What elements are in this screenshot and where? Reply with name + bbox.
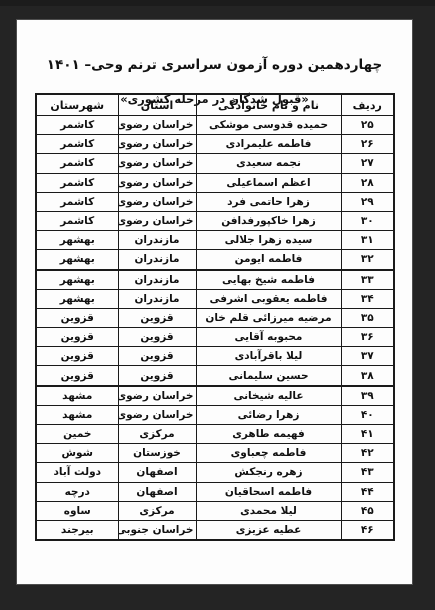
cell-radif: ۲۷ [341, 154, 394, 173]
cell-province: خراسان رضوی [118, 116, 196, 135]
cell-county: بهشهر [36, 270, 118, 290]
cell-radif: ۳۳ [341, 270, 394, 290]
cell-province: خراسان رضوی [118, 135, 196, 154]
table-row: ۳۲فاطمه ایومنمازندرانبهشهر [36, 250, 394, 270]
cell-province: مازندران [118, 250, 196, 270]
cell-name: زهرا رضائی [196, 405, 341, 424]
cell-name: فاطمه شیخ بهایی [196, 270, 341, 290]
cell-name: فاطمه علیمرادی [196, 135, 341, 154]
table-header-row: ردیف نام و نام خانوادگی استان شهرستان [36, 94, 394, 116]
table-row: ۲۵حمیده قدوسی موشکیخراسان رضویکاشمر [36, 116, 394, 135]
cell-county: بهشهر [36, 289, 118, 308]
column-header-county: شهرستان [36, 94, 118, 116]
document-page: چهاردهمین دوره آزمون سراسری ترنم وحی– ۱۴… [17, 20, 412, 584]
cell-radif: ۲۹ [341, 192, 394, 211]
cell-radif: ۳۶ [341, 328, 394, 347]
cell-radif: ۳۰ [341, 211, 394, 230]
cell-province: خراسان جنوبی [118, 520, 196, 540]
cell-name: محبوبه آقایی [196, 328, 341, 347]
table-row: ۴۰زهرا رضائیخراسان رضویمشهد [36, 405, 394, 424]
cell-county: کاشمر [36, 135, 118, 154]
cell-county: بهشهر [36, 250, 118, 270]
cell-radif: ۴۴ [341, 482, 394, 501]
cell-county: ساوه [36, 501, 118, 520]
table-row: ۳۳فاطمه شیخ بهاییمازندرانبهشهر [36, 270, 394, 290]
cell-radif: ۴۲ [341, 444, 394, 463]
document-title: چهاردهمین دوره آزمون سراسری ترنم وحی– ۱۴… [17, 57, 412, 73]
table-row: ۲۸اعظم اسماعیلیخراسان رضویکاشمر [36, 173, 394, 192]
cell-county: کاشمر [36, 211, 118, 230]
cell-province: مازندران [118, 289, 196, 308]
cell-province: مازندران [118, 270, 196, 290]
cell-county: قزوین [36, 328, 118, 347]
cell-county: قزوین [36, 347, 118, 366]
cell-name: لیلا باقرآبادی [196, 347, 341, 366]
cell-county: شوش [36, 444, 118, 463]
cell-radif: ۴۳ [341, 463, 394, 482]
column-header-name: نام و نام خانوادگی [196, 94, 341, 116]
cell-province: قزوین [118, 308, 196, 327]
cell-county: کاشمر [36, 154, 118, 173]
cell-name: فاطمه اسحاقیان [196, 482, 341, 501]
cell-county: بیرجند [36, 520, 118, 540]
cell-radif: ۴۱ [341, 425, 394, 444]
table-row: ۴۴فاطمه اسحاقیاناصفهاندرچه [36, 482, 394, 501]
cell-province: قزوین [118, 328, 196, 347]
table-row: ۲۶فاطمه علیمرادیخراسان رضویکاشمر [36, 135, 394, 154]
cell-radif: ۳۹ [341, 386, 394, 406]
cell-name: اعظم اسماعیلی [196, 173, 341, 192]
table-row: ۴۵لیلا محمدیمرکزیساوه [36, 501, 394, 520]
column-header-radif: ردیف [341, 94, 394, 116]
cell-county: قزوین [36, 366, 118, 386]
screenshot-background: چهاردهمین دوره آزمون سراسری ترنم وحی– ۱۴… [0, 0, 435, 610]
cell-province: خراسان رضوی [118, 154, 196, 173]
cell-province: خراسان رضوی [118, 173, 196, 192]
table-row: ۳۷لیلا باقرآبادیقزوینقزوین [36, 347, 394, 366]
column-header-province: استان [118, 94, 196, 116]
cell-radif: ۴۵ [341, 501, 394, 520]
cell-county: دولت آباد [36, 463, 118, 482]
table-row: ۳۶محبوبه آقاییقزوینقزوین [36, 328, 394, 347]
cell-county: بهشهر [36, 231, 118, 250]
cell-name: حسین سلیمانی [196, 366, 341, 386]
table-row: ۴۱فهیمه طاهریمرکزیخمین [36, 425, 394, 444]
table-row: ۳۴فاطمه یعقوبی اشرفیمازندرانبهشهر [36, 289, 394, 308]
cell-province: خراسان رضوی [118, 386, 196, 406]
cell-province: قزوین [118, 347, 196, 366]
cell-county: مشهد [36, 405, 118, 424]
cell-name: مرضیه میرزائی قلم خان [196, 308, 341, 327]
cell-radif: ۳۷ [341, 347, 394, 366]
table-row: ۳۱سیده زهرا جلالیمازندرانبهشهر [36, 231, 394, 250]
table-row: ۳۵مرضیه میرزائی قلم خانقزوینقزوین [36, 308, 394, 327]
cell-province: مازندران [118, 231, 196, 250]
cell-province: اصفهان [118, 463, 196, 482]
cell-name: فاطمه چعباوی [196, 444, 341, 463]
cell-county: خمین [36, 425, 118, 444]
cell-name: فهیمه طاهری [196, 425, 341, 444]
table-row: ۴۶عطیه عزیزیخراسان جنوبیبیرجند [36, 520, 394, 540]
table-row: ۴۳زهره رنجکشاصفهاندولت آباد [36, 463, 394, 482]
cell-province: خراسان رضوی [118, 211, 196, 230]
cell-radif: ۳۸ [341, 366, 394, 386]
cell-province: مرکزی [118, 501, 196, 520]
table-row: ۳۰زهرا خاکپورفدافنخراسان رضویکاشمر [36, 211, 394, 230]
cell-county: کاشمر [36, 116, 118, 135]
cell-name: سیده زهرا جلالی [196, 231, 341, 250]
cell-province: مرکزی [118, 425, 196, 444]
table-row: ۳۹عالیه شیخانیخراسان رضویمشهد [36, 386, 394, 406]
cell-county: مشهد [36, 386, 118, 406]
cell-county: کاشمر [36, 173, 118, 192]
cell-radif: ۳۵ [341, 308, 394, 327]
results-table: ردیف نام و نام خانوادگی استان شهرستان ۲۵… [35, 93, 395, 541]
cell-county: کاشمر [36, 192, 118, 211]
cell-radif: ۳۴ [341, 289, 394, 308]
cell-name: زهره رنجکش [196, 463, 341, 482]
table-row: ۲۹زهرا حاتمی فردخراسان رضویکاشمر [36, 192, 394, 211]
table-body: ۲۵حمیده قدوسی موشکیخراسان رضویکاشمر۲۶فاط… [36, 116, 394, 541]
cell-county: قزوین [36, 308, 118, 327]
cell-name: فاطمه ایومن [196, 250, 341, 270]
cell-name: زهرا خاکپورفدافن [196, 211, 341, 230]
cell-province: قزوین [118, 366, 196, 386]
cell-name: عطیه عزیزی [196, 520, 341, 540]
table-row: ۲۷نجمه سعیدیخراسان رضویکاشمر [36, 154, 394, 173]
cell-name: لیلا محمدی [196, 501, 341, 520]
cell-name: فاطمه یعقوبی اشرفی [196, 289, 341, 308]
cell-radif: ۴۶ [341, 520, 394, 540]
cell-name: نجمه سعیدی [196, 154, 341, 173]
cell-county: درچه [36, 482, 118, 501]
cell-province: خوزستان [118, 444, 196, 463]
cell-radif: ۴۰ [341, 405, 394, 424]
cell-radif: ۳۲ [341, 250, 394, 270]
table-row: ۳۸حسین سلیمانیقزوینقزوین [36, 366, 394, 386]
cell-province: خراسان رضوی [118, 405, 196, 424]
cell-radif: ۲۶ [341, 135, 394, 154]
cell-name: حمیده قدوسی موشکی [196, 116, 341, 135]
cell-radif: ۲۵ [341, 116, 394, 135]
cell-province: خراسان رضوی [118, 192, 196, 211]
cell-province: اصفهان [118, 482, 196, 501]
cell-name: زهرا حاتمی فرد [196, 192, 341, 211]
cell-radif: ۳۱ [341, 231, 394, 250]
cell-radif: ۲۸ [341, 173, 394, 192]
cell-name: عالیه شیخانی [196, 386, 341, 406]
table-row: ۴۲فاطمه چعباویخوزستانشوش [36, 444, 394, 463]
